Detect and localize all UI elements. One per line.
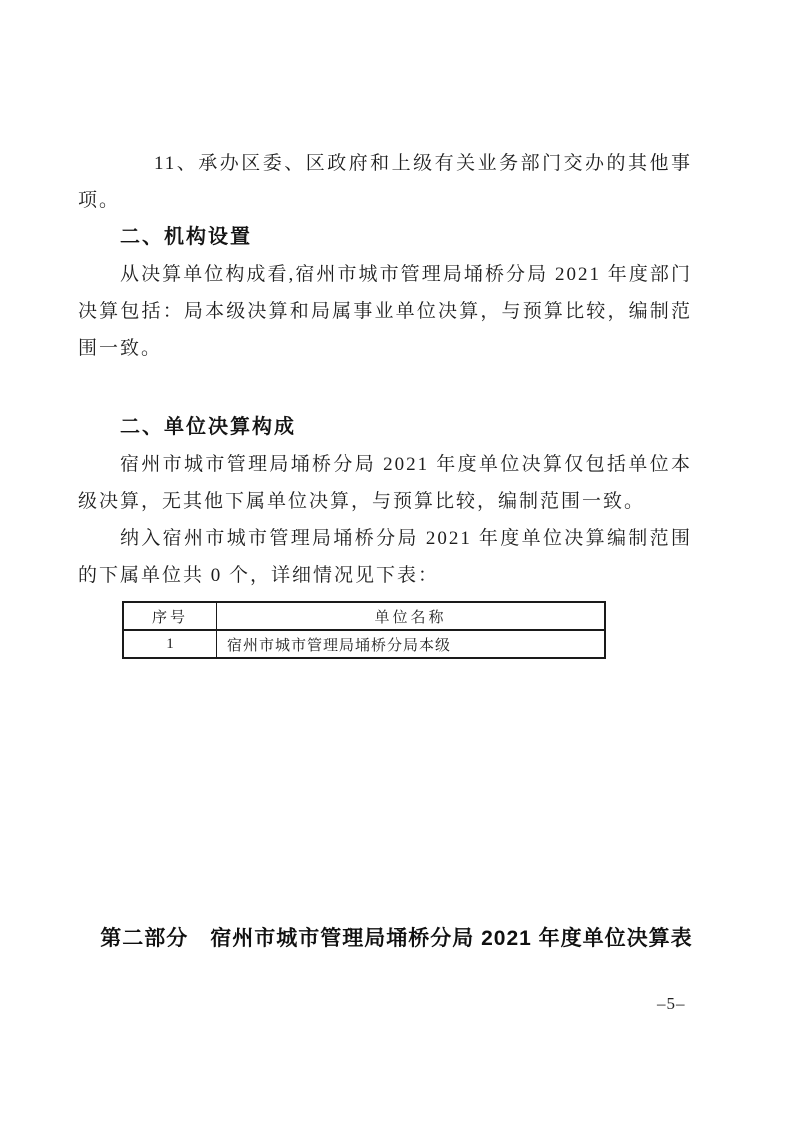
cell-row-index: 1 — [123, 630, 217, 658]
table-header-row: 序号 单位名称 — [123, 602, 605, 630]
table-row: 1 宿州市城市管理局埇桥分局本级 — [123, 630, 605, 658]
cell-unit-name: 宿州市城市管理局埇桥分局本级 — [217, 630, 606, 658]
heading-unit-composition: 二、单位决算构成 — [78, 409, 692, 446]
page-number: –5– — [657, 994, 686, 1014]
heading-organization-setup: 二、机构设置 — [78, 219, 692, 256]
part-two-section-title: 第二部分 宿州市城市管理局埇桥分局 2021 年度单位决算表 — [0, 922, 793, 952]
paragraph-subordinate-scope: 纳入宿州市城市管理局埇桥分局 2021 年度单位决算编制范围的下属单位共 0 个… — [78, 520, 692, 594]
paragraph-item-11: 11、承办区委、区政府和上级有关业务部门交办的其他事项。 — [78, 145, 692, 219]
paragraph-unit-composition: 宿州市城市管理局埇桥分局 2021 年度单位决算仅包括单位本级决算，无其他下属单… — [78, 446, 692, 520]
unit-list-table: 序号 单位名称 1 宿州市城市管理局埇桥分局本级 — [122, 601, 606, 659]
column-header-unit-name: 单位名称 — [217, 602, 606, 630]
paragraph-department-composition: 从决算单位构成看,宿州市城市管理局埇桥分局 2021 年度部门决算包括：局本级决… — [78, 256, 692, 367]
document-body: 11、承办区委、区政府和上级有关业务部门交办的其他事项。 二、机构设置 从决算单… — [78, 145, 692, 659]
column-header-index: 序号 — [123, 602, 217, 630]
document-page: 11、承办区委、区政府和上级有关业务部门交办的其他事项。 二、机构设置 从决算单… — [0, 0, 793, 1122]
